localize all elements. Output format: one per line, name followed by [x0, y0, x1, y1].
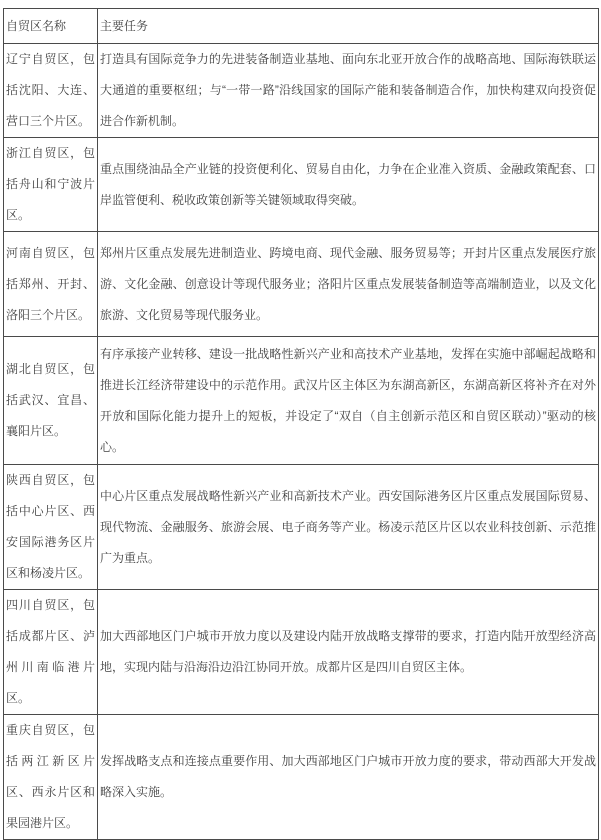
task-cell: 郑州片区重点发展先进制造业、跨境电商、现代金融、服务贸易等；开封片区重点发展医疗… — [98, 232, 599, 337]
zone-cell: 陕西自贸区，包括中心片区、西安国际港务区片区和杨凌片区。 — [4, 465, 98, 590]
ftz-table-container: 自贸区名称 主要任务 辽宁自贸区，包括沈阳、大连、营口三个片区。 打造具有国际竞… — [0, 0, 601, 840]
table-row-sichuan: 四川自贸区，包括成都片区、泸州川南临港片区。 加大西部地区门户城市开放力度以及建… — [4, 590, 599, 715]
table-row-henan: 河南自贸区，包括郑州、开封、洛阳三个片区。 郑州片区重点发展先进制造业、跨境电商… — [4, 232, 599, 337]
zone-cell: 重庆自贸区，包括两江新区片区、西永片区和果园港片区。 — [4, 715, 98, 840]
task-cell: 加大西部地区门户城市开放力度以及建设内陆开放战略支撑带的要求，打造内陆开放型经济… — [98, 590, 599, 715]
table-row-hubei: 湖北自贸区，包括武汉、宜昌、襄阳片区。 有序承接产业转移、建设一批战略性新兴产业… — [4, 337, 599, 465]
zone-cell: 浙江自贸区，包括舟山和宁波片区。 — [4, 138, 98, 232]
zone-cell: 湖北自贸区，包括武汉、宜昌、襄阳片区。 — [4, 337, 98, 465]
zone-cell: 河南自贸区，包括郑州、开封、洛阳三个片区。 — [4, 232, 98, 337]
task-cell: 中心片区重点发展战略性新兴产业和高新技术产业。西安国际港务区片区重点发展国际贸易… — [98, 465, 599, 590]
task-cell: 发挥战略支点和连接点重要作用、加大西部地区门户城市开放力度的要求，带动西部大开发… — [98, 715, 599, 840]
task-cell: 重点围绕油品全产业链的投资便利化、贸易自由化，力争在企业准入资质、金融政策配套、… — [98, 138, 599, 232]
zone-cell: 四川自贸区，包括成都片区、泸州川南临港片区。 — [4, 590, 98, 715]
table-row-chongqing: 重庆自贸区，包括两江新区片区、西永片区和果园港片区。 发挥战略支点和连接点重要作… — [4, 715, 599, 840]
column-header-main-tasks: 主要任务 — [98, 9, 599, 44]
ftz-task-table: 自贸区名称 主要任务 辽宁自贸区，包括沈阳、大连、营口三个片区。 打造具有国际竞… — [3, 8, 599, 840]
table-row-shaanxi: 陕西自贸区，包括中心片区、西安国际港务区片区和杨凌片区。 中心片区重点发展战略性… — [4, 465, 599, 590]
table-row-zhejiang: 浙江自贸区，包括舟山和宁波片区。 重点围绕油品全产业链的投资便利化、贸易自由化，… — [4, 138, 599, 232]
column-header-zone-name: 自贸区名称 — [4, 9, 98, 44]
task-cell: 打造具有国际竞争力的先进装备制造业基地、面向东北亚开放合作的战略高地、国际海铁联… — [98, 44, 599, 138]
table-row-liaoning: 辽宁自贸区，包括沈阳、大连、营口三个片区。 打造具有国际竞争力的先进装备制造业基… — [4, 44, 599, 138]
zone-cell: 辽宁自贸区，包括沈阳、大连、营口三个片区。 — [4, 44, 98, 138]
table-header-row: 自贸区名称 主要任务 — [4, 9, 599, 44]
task-cell: 有序承接产业转移、建设一批战略性新兴产业和高技术产业基地，发挥在实施中部崛起战略… — [98, 337, 599, 465]
